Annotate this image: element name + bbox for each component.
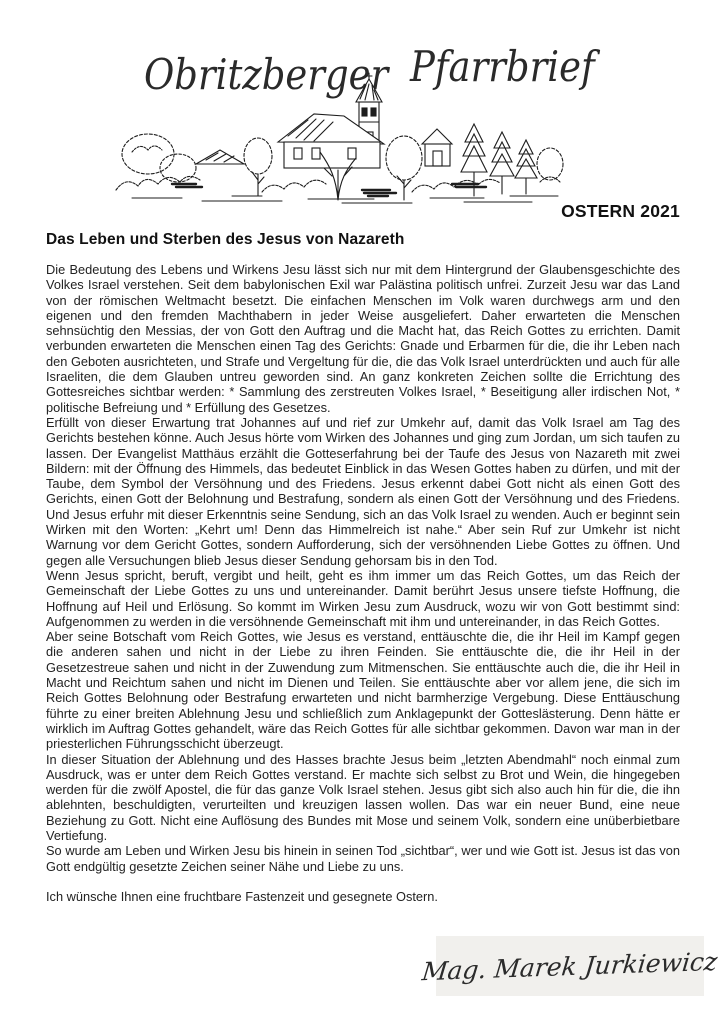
article-paragraph-1: Die Bedeutung des Lebens und Wirkens Jes… <box>46 262 680 415</box>
article-paragraph-2: Erfüllt von dieser Erwartung trat Johann… <box>46 415 680 568</box>
masthead: Obritzberger Pfarrbrief <box>0 0 724 212</box>
pfarrbrief-page: Obritzberger Pfarrbrief <box>0 0 724 1024</box>
article-paragraph-4: Aber seine Botschaft vom Reich Gottes, w… <box>46 629 680 751</box>
article-paragraph-3: Wenn Jesus spricht, beruft, vergibt und … <box>46 568 680 629</box>
village-church-illustration <box>112 72 564 206</box>
signature: Mag. Marek Jurkiewicz <box>421 946 719 985</box>
signature-block: Mag. Marek Jurkiewicz <box>436 936 704 996</box>
article: Das Leben und Sterben des Jesus von Naza… <box>46 231 680 904</box>
article-heading: Das Leben und Sterben des Jesus von Naza… <box>46 231 680 249</box>
closing-line: Ich wünsche Ihnen eine fruchtbare Fasten… <box>46 889 680 904</box>
article-paragraph-5: In dieser Situation der Ablehnung und de… <box>46 752 680 844</box>
article-paragraph-6: So wurde am Leben und Wirken Jesu bis hi… <box>46 843 680 874</box>
edition-label: OSTERN 2021 <box>561 201 680 222</box>
